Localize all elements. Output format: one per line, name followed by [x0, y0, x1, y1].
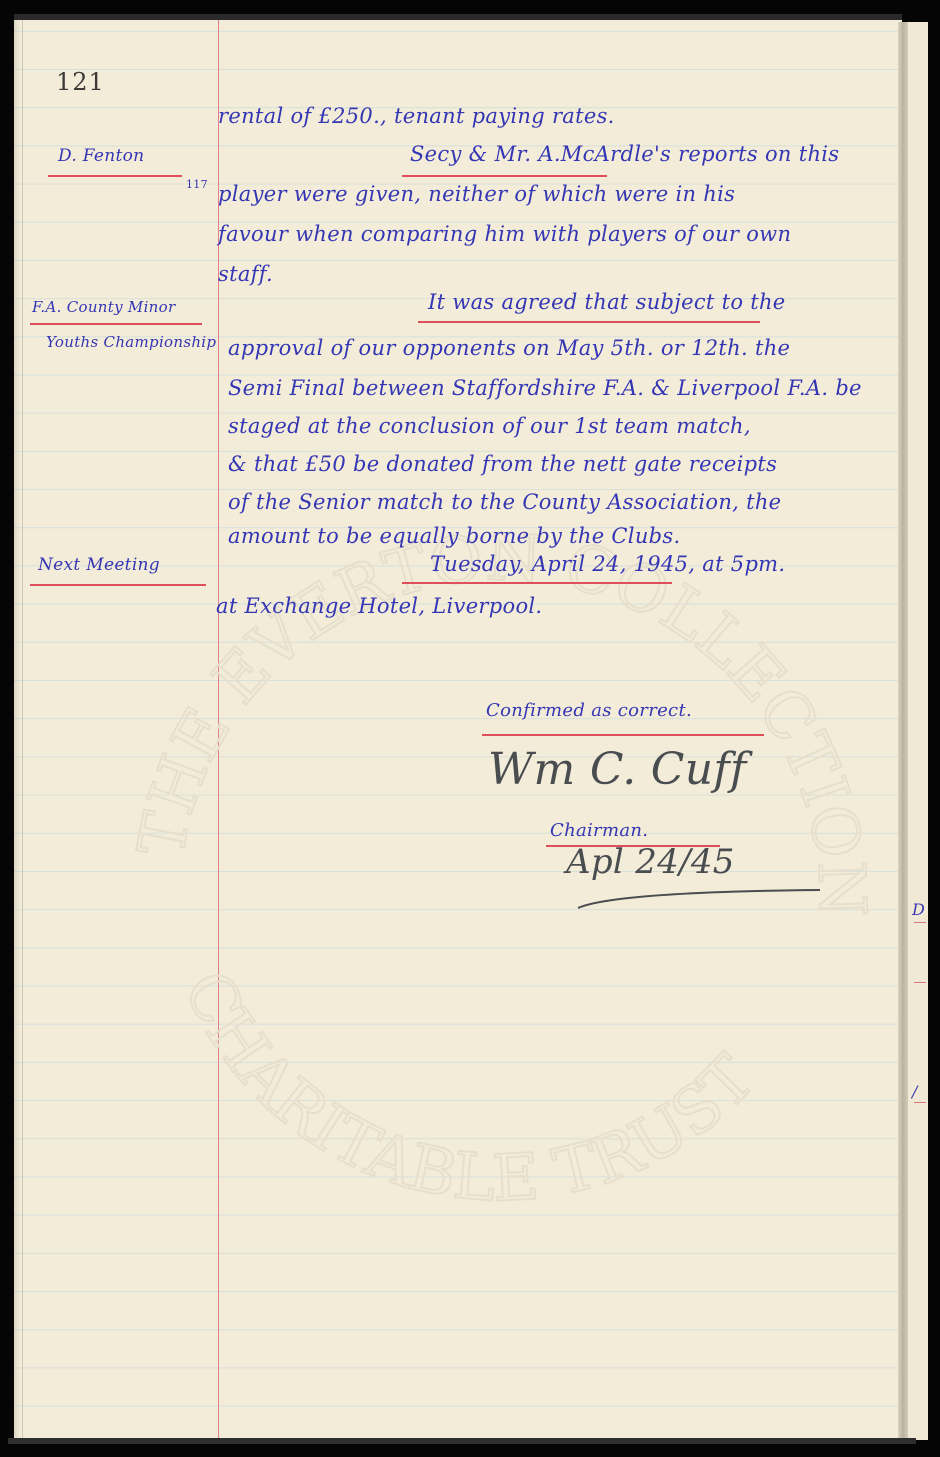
minute-line: of the Senior match to the County Associ…: [228, 490, 781, 514]
minute-line: amount to be equally borne by the Clubs.: [228, 524, 680, 548]
margin-note-next-meeting: Next Meeting: [38, 555, 160, 575]
minute-line: rental of £250., tenant paying rates.: [218, 104, 615, 128]
signature-flourish: [574, 886, 824, 912]
marginal-mark: 117: [186, 178, 208, 191]
adjacent-page-edge: D /: [908, 22, 928, 1440]
adjacent-page-underline: [914, 982, 926, 983]
adjacent-page-glyph: /: [912, 1082, 917, 1101]
margin-note-underline: [30, 584, 206, 586]
minute-line: approval of our opponents on May 5th. or…: [228, 336, 790, 360]
chairman-title: Chairman.: [550, 820, 648, 841]
minute-line: staff.: [218, 262, 273, 286]
minute-line: It was agreed that subject to the: [428, 290, 786, 314]
minute-line: staged at the conclusion of our 1st team…: [228, 414, 751, 438]
confirmed-underline: [482, 734, 764, 736]
minute-line: & that £50 be donated from the nett gate…: [228, 452, 777, 476]
minute-underline: [402, 582, 672, 584]
chairman-signature: Wm C. Cuff: [488, 744, 747, 795]
book-spine: [898, 22, 908, 1442]
margin-note-underline: [30, 323, 202, 325]
minute-line: player were given, neither of which were…: [218, 182, 735, 206]
margin-note-youths-championship: Youths Championship: [46, 333, 216, 351]
confirmed-as-correct: Confirmed as correct.: [486, 700, 692, 721]
margin-note-d-fenton: D. Fenton: [58, 146, 144, 166]
minute-line: favour when comparing him with players o…: [218, 222, 791, 246]
adjacent-page-underline: [914, 922, 926, 923]
scan-bottom-edge: [8, 1438, 916, 1444]
signature-date: Apl 24/45: [566, 842, 735, 882]
adjacent-page-underline: [914, 1102, 926, 1103]
minute-line-venue: at Exchange Hotel, Liverpool.: [216, 594, 542, 618]
page-number: 121: [56, 68, 105, 96]
page-left-edge-rule: [22, 20, 23, 1438]
minute-line-next-meeting-date: Tuesday, April 24, 1945, at 5pm.: [430, 552, 785, 576]
minute-underline: [402, 175, 607, 177]
adjacent-page-glyph: D: [912, 900, 925, 919]
minute-line: Secy & Mr. A.McArdle's reports on this: [410, 142, 839, 166]
minute-underline: [418, 321, 760, 323]
minute-line: Semi Final between Staffordshire F.A. & …: [228, 376, 862, 400]
margin-note-fa-county-minor: F.A. County Minor: [32, 298, 175, 316]
margin-note-underline: [48, 175, 182, 177]
